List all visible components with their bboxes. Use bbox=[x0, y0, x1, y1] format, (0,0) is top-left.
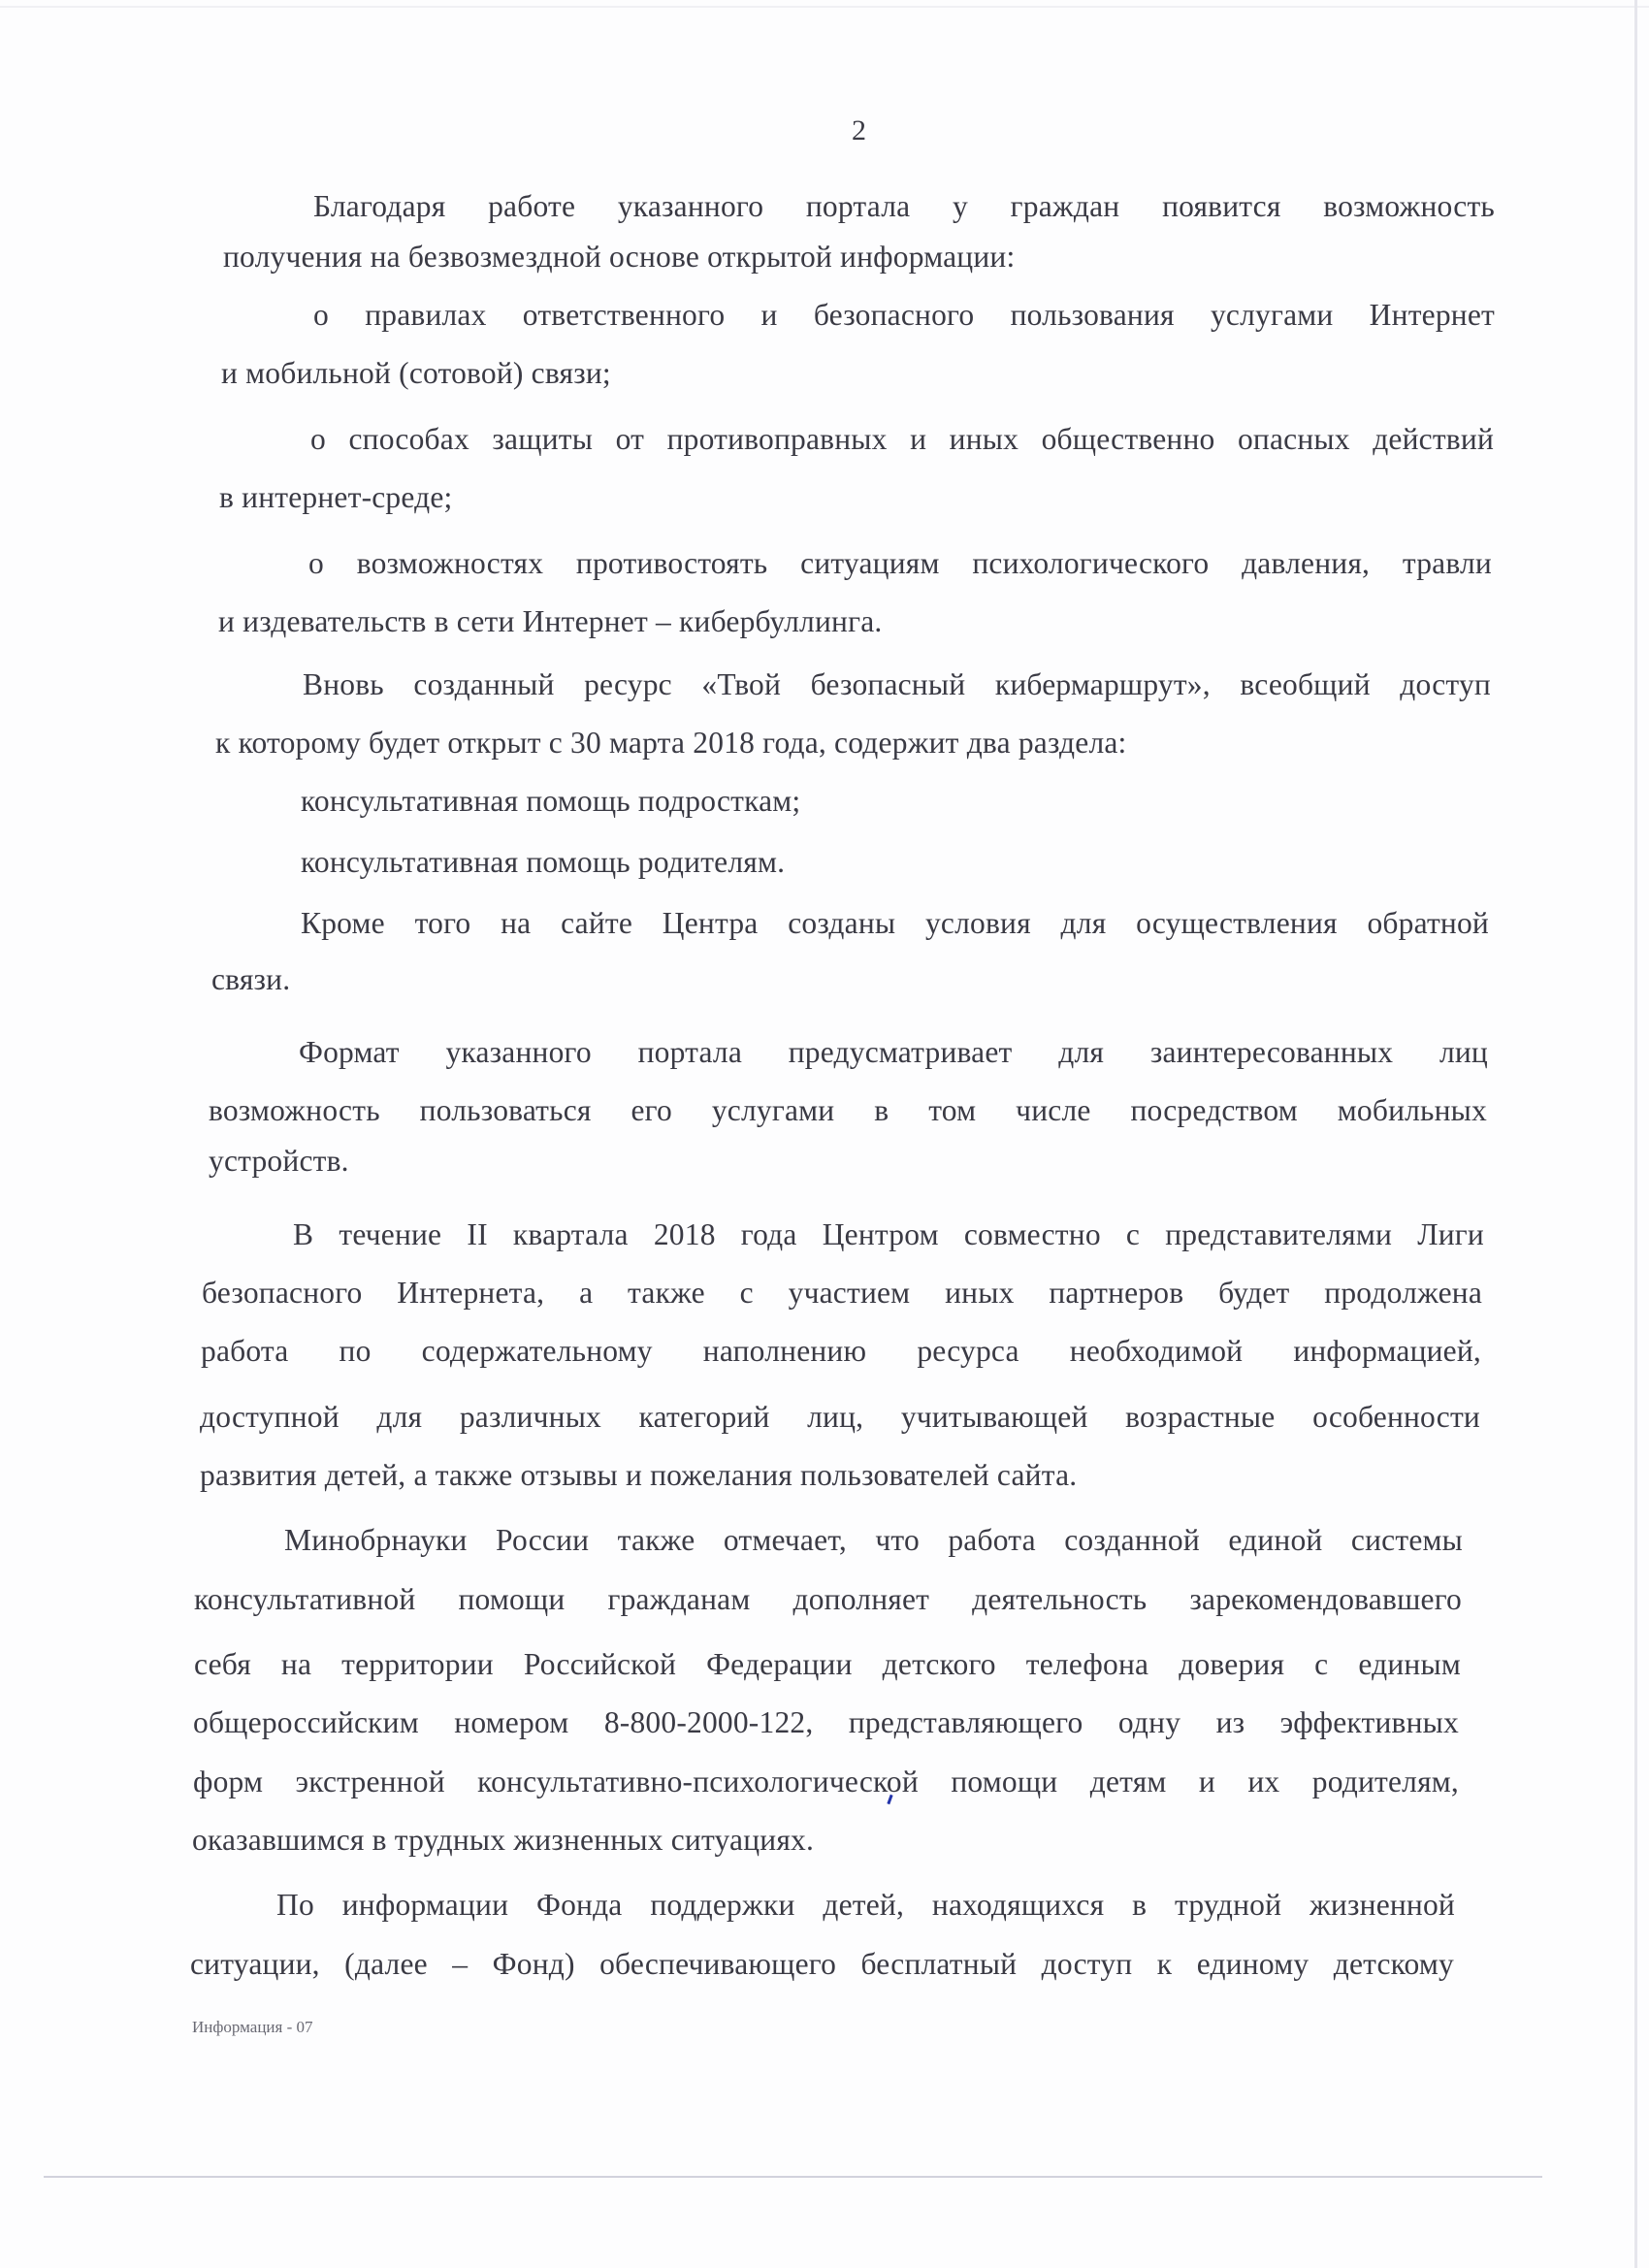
text-line: Кроме того на сайте Центра созданы услов… bbox=[301, 904, 1489, 943]
text-line: и мобильной (сотовой) связи; bbox=[221, 354, 611, 393]
text-line: работа по содержательному наполнению рес… bbox=[201, 1332, 1481, 1371]
text-line: возможность пользоваться его услугами в … bbox=[209, 1091, 1487, 1130]
text-line: себя на территории Российской Федерации … bbox=[194, 1645, 1461, 1684]
text-line: Минобрнауки России также отмечает, что р… bbox=[284, 1521, 1463, 1560]
text-line: и издевательств в сети Интернет – киберб… bbox=[218, 602, 882, 641]
text-line: оказавшимся в трудных жизненных ситуация… bbox=[192, 1821, 814, 1860]
text-line: связи. bbox=[211, 960, 290, 999]
text-line: о правилах ответственного и безопасного … bbox=[313, 296, 1495, 335]
scan-edge-top bbox=[0, 6, 1649, 8]
page-number: 2 bbox=[852, 114, 866, 147]
text-line: форм экстренной консультативно-психологи… bbox=[193, 1763, 1459, 1801]
text-line: консультативной помощи гражданам дополня… bbox=[194, 1580, 1462, 1619]
text-line: консультативная помощь подросткам; bbox=[301, 782, 800, 821]
text-line: По информации Фонда поддержки детей, нах… bbox=[276, 1886, 1455, 1925]
text-line: доступной для различных категорий лиц, у… bbox=[200, 1398, 1480, 1437]
text-line: безопасного Интернета, а также с участие… bbox=[202, 1274, 1482, 1312]
text-line: Формат указанного портала предусматривае… bbox=[299, 1033, 1488, 1072]
text-line: к которому будет открыт с 30 марта 2018 … bbox=[215, 724, 1127, 762]
text-line: развития детей, а также отзывы и пожелан… bbox=[200, 1456, 1077, 1495]
text-line: Вновь созданный ресурс «Твой безопасный … bbox=[303, 665, 1491, 704]
document-page: 2 Благодаря работе указанного портала у … bbox=[0, 0, 1649, 2268]
text-line: получения на безвозмездной основе открыт… bbox=[223, 238, 1015, 276]
text-line: консультативная помощь родителям. bbox=[301, 843, 785, 882]
footer-label: Информация - 07 bbox=[192, 2018, 313, 2037]
text-line: о возможностях противостоять ситуациям п… bbox=[308, 544, 1492, 583]
text-line: ситуации, (далее – Фонд) обеспечивающего… bbox=[190, 1945, 1454, 1984]
text-line: общероссийским номером 8-800-2000-122, п… bbox=[193, 1703, 1459, 1742]
text-line: в интернет-среде; bbox=[219, 478, 453, 517]
text-line: устройств. bbox=[209, 1142, 349, 1181]
text-line: Благодаря работе указанного портала у гр… bbox=[313, 187, 1495, 226]
text-line: В течение II квартала 2018 года Центром … bbox=[293, 1215, 1484, 1254]
text-line: о способах защиты от противоправных и ин… bbox=[310, 420, 1494, 459]
bottom-rule bbox=[44, 2176, 1542, 2178]
scan-edge-right bbox=[1634, 0, 1637, 2268]
